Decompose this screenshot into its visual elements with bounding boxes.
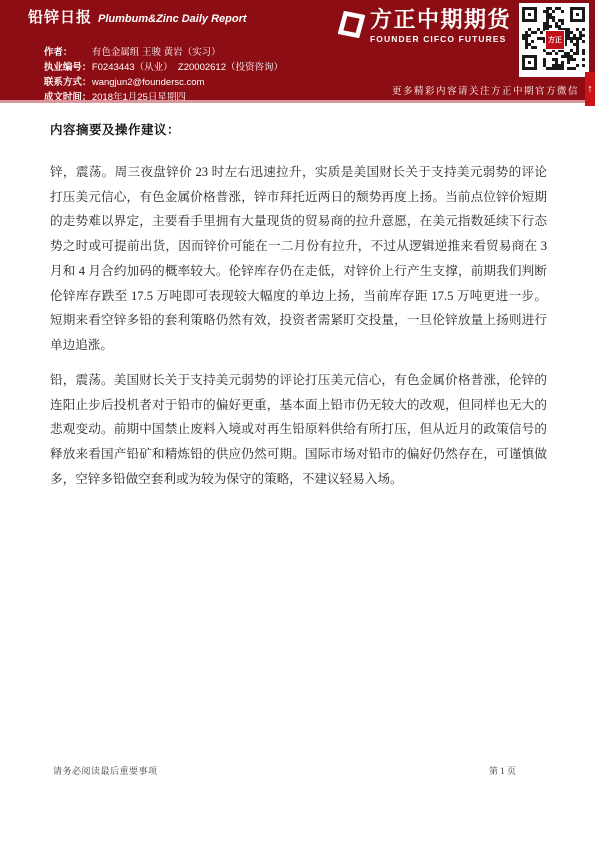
author-label: 作者： xyxy=(44,45,92,60)
report-title-cn: 铅锌日报 xyxy=(28,9,92,26)
contact-label: 联系方式： xyxy=(44,75,92,90)
qr-finder-bottom-left xyxy=(522,55,537,70)
qr-center-logo: 方正 xyxy=(545,30,565,50)
page-number: 第 1 页 xyxy=(489,764,516,777)
document-page: { "colors": { "header_bg": "#8d0d15", "h… xyxy=(0,0,595,842)
license-value: F0243443（从业） Z20002612（投资咨询） xyxy=(92,62,283,73)
company-name-en: FOUNDER CIFCO FUTURES xyxy=(370,34,511,44)
up-arrow-icon: ↑ xyxy=(585,72,595,106)
contact-email: wangjun2@foundersc.com xyxy=(92,77,205,88)
founder-logo-icon xyxy=(338,11,365,38)
company-name-cn: 方正中期期货 xyxy=(370,8,511,32)
qr-finder-top-left xyxy=(522,7,537,22)
header-separator-line xyxy=(0,100,595,103)
footer-disclaimer: 请务必阅读最后重要事项 xyxy=(53,764,158,777)
author-info-block: 作者：有色金属组 王骏 黄岩（实习） 执业编号：F0243443（从业） Z20… xyxy=(28,30,283,90)
summary-heading: 内容摘要及操作建议： xyxy=(50,120,180,138)
license-label: 执业编号： xyxy=(44,60,92,75)
zinc-commentary-paragraph: 锌，震荡。周三夜盘锌价 23 时左右迅速拉升，实质是美国财长关于支持美元弱势的评… xyxy=(50,160,547,358)
wechat-follow-note: 更多精彩内容请关注方正中期官方微信 xyxy=(392,83,579,97)
lead-commentary-paragraph: 铅，震荡。美国财长关于支持美元弱势的评论打压美元信心，有色金属价格普涨，伦锌的连… xyxy=(50,368,547,492)
author-value: 有色金属组 王骏 黄岩（实习） xyxy=(92,47,221,58)
qr-finder-top-right xyxy=(570,7,585,22)
company-name-block: 方正中期期货 FOUNDER CIFCO FUTURES xyxy=(370,8,511,44)
company-brand: 方正中期期货 FOUNDER CIFCO FUTURES xyxy=(338,8,511,44)
report-title-en: Plumbum&Zinc Daily Report xyxy=(98,13,247,25)
report-header: 铅锌日报Plumbum&Zinc Daily Report 作者：有色金属组 王… xyxy=(0,0,595,100)
author-row: 作者：有色金属组 王骏 黄岩（实习） xyxy=(28,30,283,45)
report-title: 铅锌日报Plumbum&Zinc Daily Report xyxy=(28,6,247,27)
wechat-qr-code: 方正 xyxy=(519,3,589,77)
